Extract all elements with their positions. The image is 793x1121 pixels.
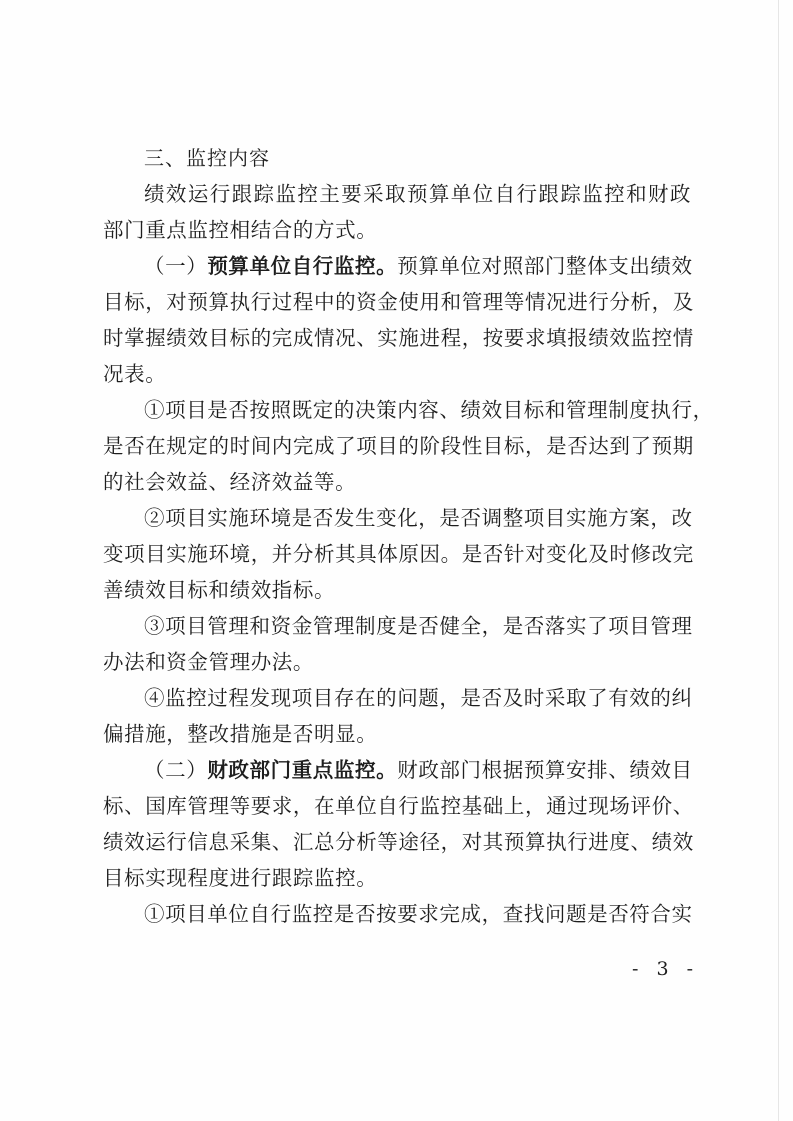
- document-page: 三、监控内容 绩效运行跟踪监控主要采取预算单位自行跟踪监控和财政 部门重点监控相…: [0, 0, 793, 1121]
- intro-line-2: 部门重点监控相结合的方式。: [103, 212, 377, 248]
- part2-item1-line-1: ①项目单位自行监控是否按要求完成，查找问题是否符合实: [144, 896, 691, 932]
- part1-first-line: （一）预算单位自行监控。预算单位对照部门整体支出绩效: [144, 248, 693, 284]
- part1-line-1: 预算单位对照部门整体支出绩效: [397, 254, 692, 278]
- page-number: - 3 -: [632, 958, 699, 980]
- part1-item4-line-2: 偏措施，整改措施是否明显。: [103, 716, 377, 752]
- part1-item1-line-2: 是否在规定的时间内完成了项目的阶段性目标，是否达到了预期: [103, 428, 691, 464]
- page-edge: [778, 0, 779, 1121]
- part1-line-2: 目标，对预算执行过程中的资金使用和管理等情况进行分析，及: [103, 284, 691, 320]
- part1-item3-line-2: 办法和资金管理办法。: [103, 644, 314, 680]
- part1-item2-line-2: 变项目实施环境，并分析其具体原因。是否针对变化及时修改完: [103, 536, 691, 572]
- part1-line-3: 时掌握绩效目标的完成情况、实施进程，按要求填报绩效监控情: [103, 320, 691, 356]
- part1-label: （一）: [144, 254, 207, 278]
- part1-line-4: 况表。: [103, 356, 166, 392]
- part1-item2-line-3: 善绩效目标和绩效指标。: [103, 572, 335, 608]
- part1-item2-line-1: ②项目实施环境是否发生变化，是否调整项目实施方案，改: [144, 500, 691, 536]
- part2-title: 财政部门重点监控。: [207, 758, 397, 782]
- part2-line-4: 目标实现程度进行跟踪监控。: [103, 860, 377, 896]
- part1-item1-line-1: ①项目是否按照既定的决策内容、绩效目标和管理制度执行，: [144, 392, 691, 428]
- part1-title: 预算单位自行监控。: [207, 254, 397, 278]
- part1-item1-line-3: 的社会效益、经济效益等。: [103, 464, 356, 500]
- section-heading: 三、监控内容: [144, 140, 270, 176]
- part1-item3-line-1: ③项目管理和资金管理制度是否健全，是否落实了项目管理: [144, 608, 691, 644]
- part2-line-1: 财政部门根据预算安排、绩效目: [397, 758, 692, 782]
- part2-line-3: 绩效运行信息采集、汇总分析等途径，对其预算执行进度、绩效: [103, 824, 691, 860]
- part2-first-line: （二）财政部门重点监控。财政部门根据预算安排、绩效目: [144, 752, 693, 788]
- part2-line-2: 标、国库管理等要求，在单位自行监控基础上，通过现场评价、: [103, 788, 691, 824]
- part2-label: （二）: [144, 758, 207, 782]
- intro-line-1: 绩效运行跟踪监控主要采取预算单位自行跟踪监控和财政: [144, 176, 691, 212]
- part1-item4-line-1: ④监控过程发现项目存在的问题，是否及时采取了有效的纠: [144, 680, 691, 716]
